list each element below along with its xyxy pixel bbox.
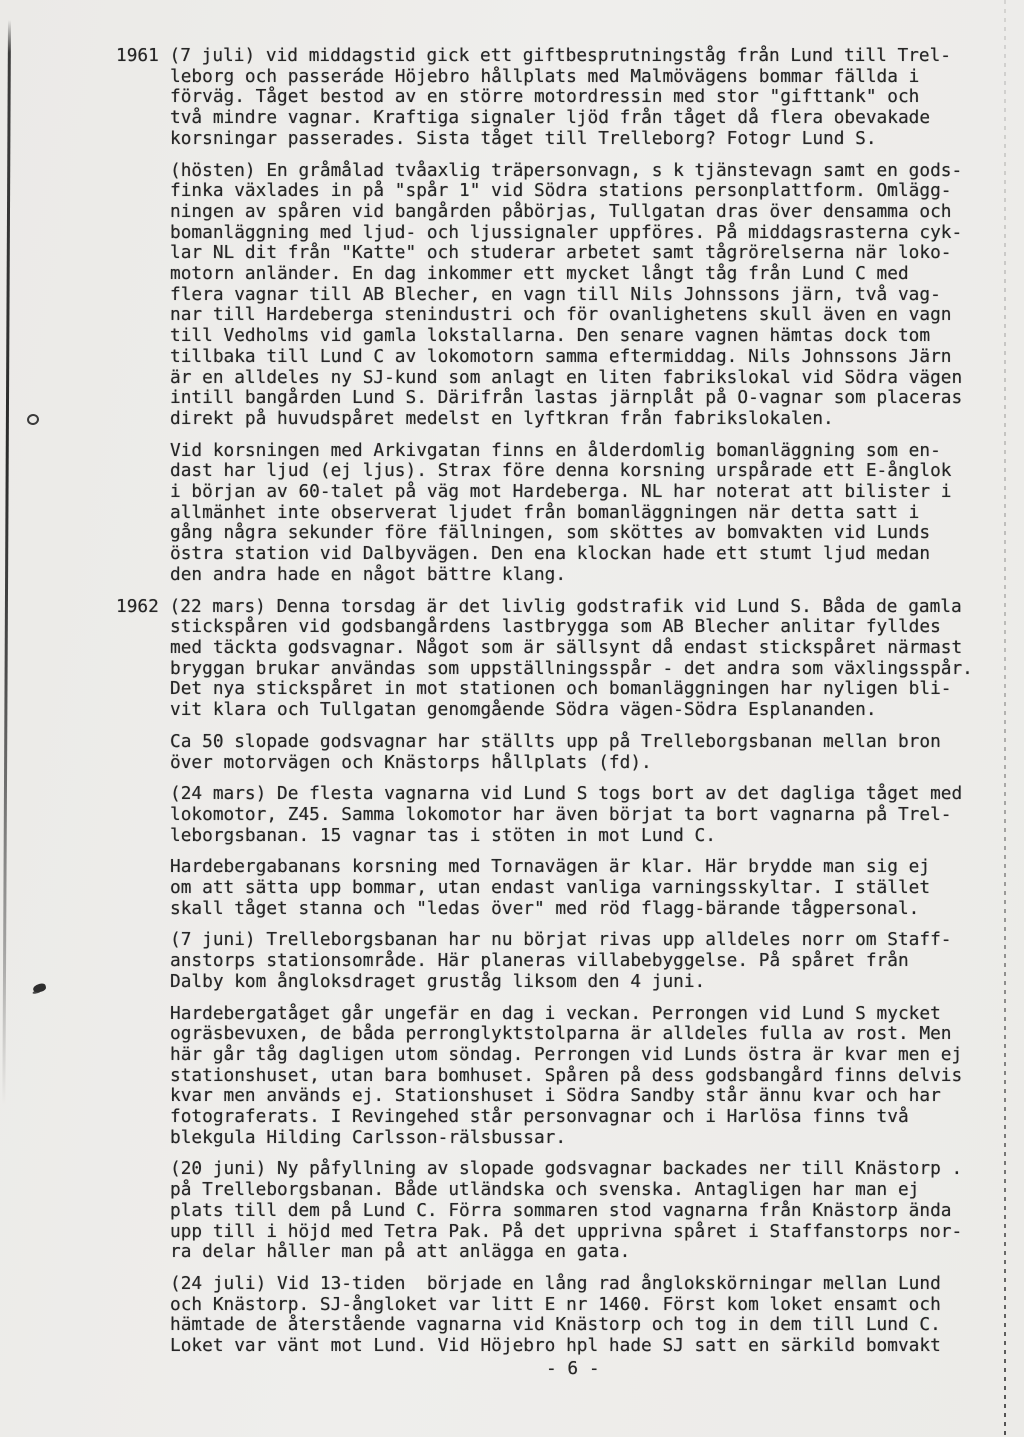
text-line: två mindre vagnar. Kraftiga signaler ljö… <box>170 108 1016 129</box>
text-line: bomanläggning med ljud- och ljussignaler… <box>170 223 1016 244</box>
page-number: - 6 - <box>546 1359 600 1380</box>
text-line: skall tåget stanna och "ledas över" med … <box>170 899 1016 920</box>
text-line: Hardebergabanans korsning med Tornavägen… <box>170 857 1016 878</box>
text-line: hämtade de återstående vagnarna vid Knäs… <box>170 1315 1016 1336</box>
text-line: lokomotor, Z45. Samma lokomotor har även… <box>170 805 1016 826</box>
text-line: fotograferats. I Revingehed står personv… <box>170 1107 1016 1128</box>
text-line: ogräsbevuxen, de båda perronglyktstolpar… <box>170 1024 1016 1045</box>
paragraph: 1962 (22 mars) Denna torsdag är det livl… <box>170 597 1016 721</box>
scanned-document: { "colors": { "paper": "#edecea", "ink":… <box>0 0 1024 1437</box>
paragraph: (24 mars) De flesta vagnarna vid Lund S … <box>170 784 1016 846</box>
text-line: är en alldeles ny SJ-kund som anlagt en … <box>170 368 1016 389</box>
text-line: förväg. Tåget bestod av en större motord… <box>170 87 1016 108</box>
text-block: 1961 (7 juli) vid middagstid gick ett gi… <box>170 46 1016 1368</box>
year-label: 1961 <box>116 45 170 66</box>
text-line: Hardebergatåget går ungefär en dag i vec… <box>170 1004 1016 1025</box>
text-line: gång några sekunder före fällningen, som… <box>170 523 1016 544</box>
text-line: den andra hade en något bättre klang. <box>170 565 1016 586</box>
text-line: här går tåg dagligen utom söndag. Perron… <box>170 1045 1016 1066</box>
text-line: med täckta godsvagnar. Något som är säll… <box>170 638 1016 659</box>
text-line: anstorps stationsområde. Här planeras vi… <box>170 951 1016 972</box>
text-line: (24 mars) De flesta vagnarna vid Lund S … <box>170 784 1016 805</box>
text-line: till Vedholms vid gamla lokstallarna. De… <box>170 326 1016 347</box>
text-line: motorn anländer. En dag inkommer ett myc… <box>170 264 1016 285</box>
text-line: Ca 50 slopade godsvagnar har ställts upp… <box>170 732 1016 753</box>
text-line: vit klara och Tullgatan genomgående Södr… <box>170 700 1016 721</box>
text-line: kvar men används ej. Stationshuset i Söd… <box>170 1086 1016 1107</box>
paragraph: Vid korsningen med Arkivgatan finns en å… <box>170 441 1016 586</box>
text-line: och Knästorp. SJ-ångloket var litt E nr … <box>170 1295 1016 1316</box>
text-line: blekgula Hilding Carlsson-rälsbussar. <box>170 1128 1016 1149</box>
text-line: i början av 60-talet på väg mot Hardeber… <box>170 482 1016 503</box>
text-line: finka växlades in på "spår 1" vid Södra … <box>170 181 1016 202</box>
text-line: leborg och passeráde Höjebro hållplats m… <box>170 67 1016 88</box>
text-line: (20 juni) Ny påfyllning av slopade godsv… <box>170 1159 1016 1180</box>
paragraph: Ca 50 slopade godsvagnar har ställts upp… <box>170 732 1016 773</box>
text-line: Det nya stickspåret in mot stationen och… <box>170 679 1016 700</box>
text-line: stickspåren vid godsbangårdens lastbrygg… <box>170 617 1016 638</box>
text-line: nar till Hardeberga stenindustri och för… <box>170 305 1016 326</box>
text-line: (7 juni) Trelleborgsbanan har nu börjat … <box>170 930 1016 951</box>
text-line: tillbaka till Lund C av lokomotorn samma… <box>170 347 1016 368</box>
paragraph: (20 juni) Ny påfyllning av slopade godsv… <box>170 1159 1016 1263</box>
text-line: (hösten) En gråmålad tvåaxlig träpersonv… <box>170 161 1016 182</box>
text-line: plats till dem på Lund C. Förra sommaren… <box>170 1201 1016 1222</box>
text-line: över motorvägen och Knästorps hållplats … <box>170 753 1016 774</box>
text-line: ra delar håller man på att anlägga en ga… <box>170 1242 1016 1263</box>
ink-speck <box>26 413 40 426</box>
text-line: direkt på huvudspåret medelst en lyftkra… <box>170 409 1016 430</box>
paragraph: Hardebergatåget går ungefär en dag i vec… <box>170 1004 1016 1149</box>
paragraph: (hösten) En gråmålad tvåaxlig träpersonv… <box>170 161 1016 430</box>
text-line: upp till i höjd med Tetra Pak. På det up… <box>170 1222 1016 1243</box>
text-line: allmänhet inte observerat ljudet från bo… <box>170 503 1016 524</box>
document-page: 1961 (7 juli) vid middagstid gick ett gi… <box>0 0 1024 1437</box>
paragraph: (24 juli) Vid 13-tiden började en lång r… <box>170 1274 1016 1357</box>
text-line: 1962 (22 mars) Denna torsdag är det livl… <box>170 597 1016 618</box>
text-line: östra station vid Dalbyvägen. Den ena kl… <box>170 544 1016 565</box>
text-line: flera vagnar till AB Blecher, en vagn ti… <box>170 285 1016 306</box>
text-line: bryggan brukar användas som uppställning… <box>170 659 1016 680</box>
paragraph: (7 juni) Trelleborgsbanan har nu börjat … <box>170 930 1016 992</box>
text-line: (24 juli) Vid 13-tiden började en lång r… <box>170 1274 1016 1295</box>
text-line: intill bangården Lund S. Därifrån lastas… <box>170 388 1016 409</box>
year-label: 1962 <box>116 596 170 617</box>
text-line: 1961 (7 juli) vid middagstid gick ett gi… <box>170 46 1016 67</box>
text-line: korsningar passerades. Sista tåget till … <box>170 129 1016 150</box>
paragraph: 1961 (7 juli) vid middagstid gick ett gi… <box>170 46 1016 150</box>
text-line: om att sätta upp bommar, utan endast van… <box>170 878 1016 899</box>
text-line: Loket var vänt mot Lund. Vid Höjebro hpl… <box>170 1336 1016 1357</box>
text-line: stationshuset, utan bara bomhuset. Spåre… <box>170 1066 1016 1087</box>
text-line: ningen av spåren vid bangården påbörjas,… <box>170 202 1016 223</box>
text-line: dast har ljud (ej ljus). Strax före denn… <box>170 461 1016 482</box>
text-line: leborgsbanan. 15 vagnar tas i stöten in … <box>170 826 1016 847</box>
scan-edge-line <box>2 20 11 1105</box>
ink-speck <box>32 983 47 994</box>
text-line: lar NL dit från "Katte" och studerar arb… <box>170 243 1016 264</box>
text-line: Vid korsningen med Arkivgatan finns en å… <box>170 441 1016 462</box>
text-line: på Trelleborgsbanan. Både utländska och … <box>170 1180 1016 1201</box>
paragraph: Hardebergabanans korsning med Tornavägen… <box>170 857 1016 919</box>
text-line: Dalby kom ångloksdraget gruståg liksom d… <box>170 972 1016 993</box>
